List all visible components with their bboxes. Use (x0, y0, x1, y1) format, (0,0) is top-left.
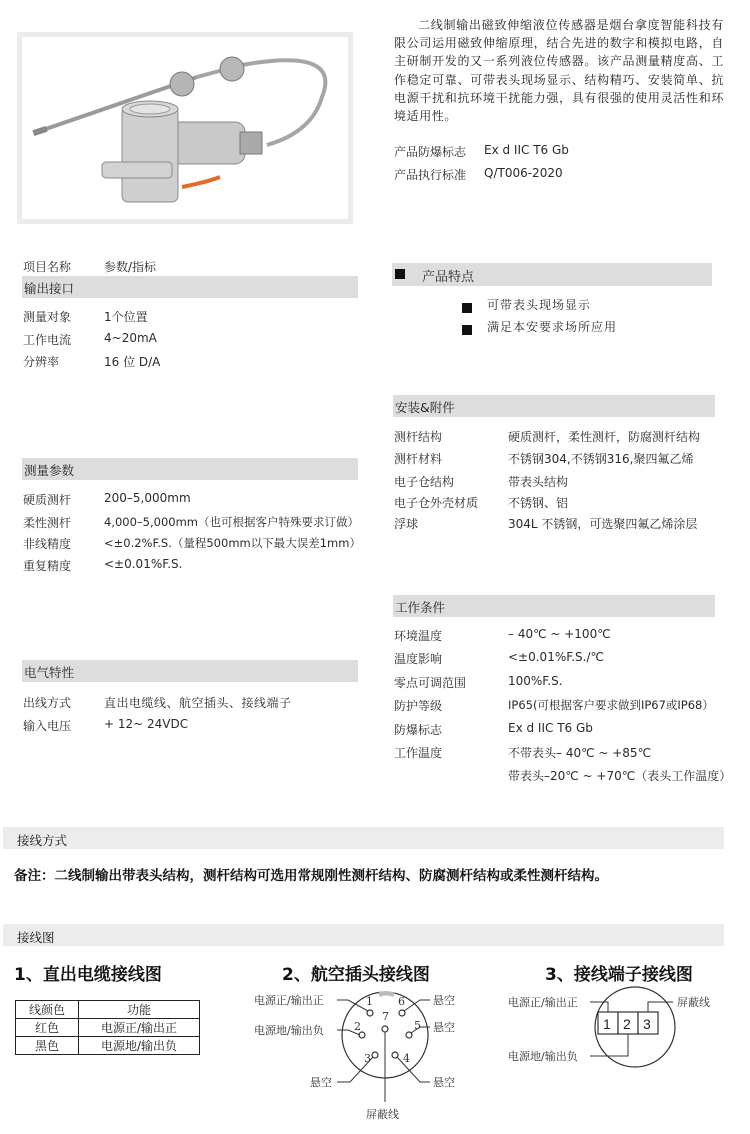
section-wiring-method: 接线方式 (3, 827, 724, 849)
spec-value: 304L 不锈钢，可选聚四氟乙烯涂层 (508, 515, 697, 532)
spec-value: 1个位置 (104, 308, 148, 325)
section-title: 安装&附件 (395, 398, 455, 416)
spec-value: 4~20mA (104, 331, 157, 345)
section-installation: 安装&附件 (393, 395, 715, 417)
terminal-label: 电源正/输出正 (508, 995, 578, 1009)
section-measurement: 测量参数 (22, 458, 358, 480)
spec-value: 直出电缆线、航空插头、接线端子 (104, 694, 292, 711)
level-sensor-illustration (22, 37, 348, 219)
section-features: 产品特点 (392, 263, 712, 286)
spec-value: IP65(可根据客户要求做到IP67或IP68） (508, 697, 714, 713)
spec-label: 测杆结构 (394, 428, 442, 445)
standard-value: Q/T006-2020 (484, 166, 563, 180)
spec-label: 分辨率 (23, 353, 59, 370)
section-title: 接线方式 (17, 831, 67, 849)
aviation-plug-diagram: 1 2 3 4 5 6 7 电源正/输出正 电源地/输出负 悬空 悬空 悬空 悬… (240, 985, 490, 1120)
pin-label: 屏蔽线 (366, 1107, 399, 1120)
pin-label: 悬空 (433, 1020, 455, 1034)
explosion-mark-label: 产品防爆标志 (394, 143, 466, 160)
pin-label: 悬空 (433, 993, 455, 1007)
spec-value: + 12~ 24VDC (104, 717, 188, 731)
pin-number: 7 (382, 1010, 389, 1023)
header-param: 参数/指标 (104, 258, 156, 275)
spec-label: 非线精度 (23, 535, 71, 552)
table-cell: 电源地/输出负 (79, 1037, 200, 1055)
spec-value: 不锈钢、铝 (508, 494, 568, 511)
section-output-interface: 输出接口 (22, 276, 358, 298)
feature-item: 满足本安要求场所应用 (487, 318, 617, 335)
spec-value: <±0.01%F.S. (104, 557, 182, 571)
spec-label: 重复精度 (23, 557, 71, 574)
spec-label: 工作电流 (23, 331, 71, 348)
spec-value: 16 位 D/A (104, 353, 160, 370)
spec-label: 电子仓结构 (394, 473, 454, 490)
spec-label: 测杆材料 (394, 450, 442, 467)
aviation-plug-heading: 2、航空插头接线图 (282, 960, 430, 985)
spec-value: 带表头结构 (508, 473, 568, 490)
section-title: 产品特点 (422, 266, 474, 285)
spec-label: 零点可调范围 (394, 674, 466, 691)
pin-label: 电源正/输出正 (254, 993, 324, 1007)
spec-value: <±0.2%F.S.（量程500mm以下最大误差1mm） (104, 535, 361, 551)
header-item-name: 项目名称 (23, 258, 71, 275)
spec-value: 硬质测杆，柔性测杆，防腐测杆结构 (508, 428, 700, 445)
section-title: 工作条件 (395, 598, 445, 616)
table-header: 线颜色 (16, 1001, 79, 1019)
spec-value: 不锈钢304,不锈钢316,聚四氟乙烯 (508, 450, 693, 467)
terminal-label: 屏蔽线 (677, 995, 710, 1009)
pin-number: 3 (364, 1052, 371, 1065)
standard-label: 产品执行标准 (394, 166, 466, 183)
spec-value: Ex d IIC T6 Gb (508, 721, 593, 735)
spec-label: 环境温度 (394, 627, 442, 644)
square-bullet-icon (462, 320, 472, 339)
table-header: 功能 (79, 1001, 200, 1019)
spec-label: 防护等级 (394, 697, 442, 714)
product-photo (17, 32, 353, 224)
spec-label: 防爆标志 (394, 721, 442, 738)
spec-value: – 40℃ ~ +100℃ (508, 627, 611, 641)
product-intro: 二线制输出磁致伸缩液位传感器是烟台拿度智能科技有限公司运用磁致伸缩原理，结合先进… (394, 16, 724, 125)
pin-label: 悬空 (433, 1075, 455, 1089)
terminal-number: 3 (643, 1016, 651, 1032)
feature-item: 可带表头现场显示 (487, 296, 591, 313)
pin-number: 4 (403, 1052, 410, 1065)
spec-label: 输入电压 (23, 717, 71, 734)
terminal-number: 2 (623, 1016, 631, 1032)
explosion-mark-value: Ex d IIC T6 Gb (484, 143, 569, 157)
spec-label: 浮球 (394, 515, 418, 532)
spec-label: 柔性测杆 (23, 514, 71, 531)
square-bullet-icon (395, 269, 405, 279)
wiring-note: 备注：二线制输出带表头结构，测杆结构可选用常规刚性测杆结构、防腐测杆结构或柔性测… (14, 864, 608, 884)
pin-label: 电源地/输出负 (254, 1023, 324, 1037)
cable-color-table: 线颜色 功能 红色 电源正/输出正 黑色 电源地/输出负 (15, 1000, 200, 1055)
pin-label: 悬空 (310, 1075, 332, 1089)
spec-value: 200–5,000mm (104, 491, 191, 505)
spec-value: 100%F.S. (508, 674, 563, 688)
section-title: 电气特性 (24, 663, 74, 681)
spec-value: <±0.01%F.S./℃ (508, 650, 604, 664)
table-cell: 黑色 (16, 1037, 79, 1055)
pin-number: 5 (414, 1019, 421, 1032)
square-bullet-icon (462, 298, 472, 317)
pin-number: 6 (398, 995, 405, 1008)
cable-diagram-heading: 1、直出电缆接线图 (14, 960, 162, 985)
spec-value: 不带表头– 40℃ ~ +85℃ (508, 744, 651, 761)
spec-value: 带表头–20℃ ~ +70℃（表头工作温度） (508, 767, 731, 784)
section-title: 测量参数 (24, 461, 74, 479)
section-electrical: 电气特性 (22, 660, 358, 682)
spec-label: 出线方式 (23, 694, 71, 711)
pin-number: 2 (354, 1020, 361, 1033)
spec-label: 测量对象 (23, 308, 71, 325)
spec-label: 温度影响 (394, 650, 442, 667)
terminal-number: 1 (603, 1016, 611, 1032)
section-wiring-diagram: 接线图 (3, 924, 724, 946)
spec-label: 硬质测杆 (23, 491, 71, 508)
section-title: 输出接口 (24, 279, 74, 297)
table-cell: 电源正/输出正 (79, 1019, 200, 1037)
spec-label: 工作温度 (394, 744, 442, 761)
terminal-diagram: 1 2 3 电源正/输出正 电源地/输出负 屏蔽线 (490, 985, 750, 1070)
section-working-conditions: 工作条件 (393, 595, 715, 617)
terminal-heading: 3、接线端子接线图 (545, 960, 693, 985)
section-title: 接线图 (17, 928, 55, 946)
spec-label: 电子仓外壳材质 (394, 494, 478, 511)
terminal-label: 电源地/输出负 (508, 1049, 578, 1063)
table-cell: 红色 (16, 1019, 79, 1037)
pin-number: 1 (366, 995, 373, 1008)
spec-value: 4,000–5,000mm（也可根据客户特殊要求订做） (104, 514, 359, 530)
